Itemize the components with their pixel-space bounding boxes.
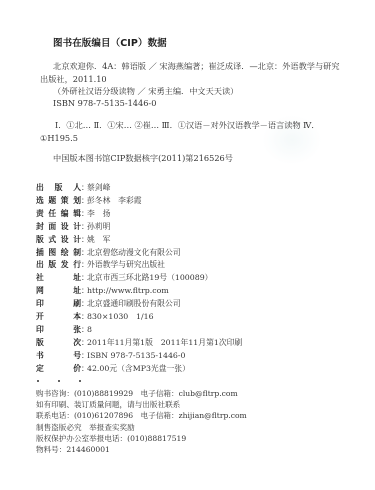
- copyright-office-phone: 版权保护办公室举报电话：(010)88817519: [36, 433, 186, 444]
- imprint-label: 定 价: [36, 363, 81, 375]
- cip-heading: 图书在版编目（CIP）数据: [53, 35, 167, 49]
- imprint-value: 北京盛通印刷股份有限公司: [87, 298, 181, 310]
- cip-line-class-number: ①H195.5: [40, 133, 78, 144]
- imprint-row-address: 社 址：北京市西三环北路19号（100089）: [36, 272, 212, 284]
- contact-quality-notice: 如有印刷、装订质量问题，请与出版社联系: [36, 399, 180, 410]
- imprint-row-publisher: 出 版 人：蔡剑峰: [36, 182, 110, 194]
- imprint-value: 彭冬林 李彩霞: [87, 195, 142, 207]
- imprint-value: 姚 军: [87, 234, 110, 246]
- imprint-label: 责任编辑: [36, 208, 81, 220]
- cip-line-classification: Ⅰ．①北… Ⅱ．①宋… ②崔… Ⅲ．①汉语－对外汉语教学－语言读物 Ⅳ．: [55, 120, 320, 131]
- imprint-row-editor: 责任编辑：李 扬: [36, 208, 110, 220]
- imprint-label: 出 版 人: [36, 182, 81, 194]
- imprint-value: ISBN 978-7-5135-1446-0: [87, 350, 185, 362]
- cip-line-publisher-date: 出版社，2011.10: [40, 74, 107, 85]
- imprint-label: 社 址: [36, 272, 81, 284]
- imprint-value: 李 扬: [87, 208, 110, 220]
- imprint-label: 印 张: [36, 324, 81, 336]
- imprint-label: 版式设计: [36, 234, 81, 246]
- imprint-value: 2011年11月第1版 2011年11月第1次印刷: [87, 337, 242, 349]
- imprint-label: 出版发行: [36, 259, 81, 271]
- imprint-label: 版 次: [36, 337, 81, 349]
- imprint-row-layout-design: 版式设计：姚 军: [36, 234, 110, 246]
- imprint-value: 北京市西三环北路19号（100089）: [87, 272, 212, 284]
- imprint-label: 网 址: [36, 285, 81, 297]
- imprint-row-website: 网 址：http://www.fltrp.com: [36, 285, 169, 297]
- imprint-label: 封面设计: [36, 221, 81, 233]
- imprint-row-printer: 印 刷：北京盛通印刷股份有限公司: [36, 298, 181, 310]
- imprint-label: 开 本: [36, 311, 81, 323]
- imprint-value: 孙莉明: [87, 221, 110, 233]
- cip-line-title: 北京欢迎你．4A：韩语版 ／ 宋海燕编著；崔泛成译．—北京：外语教学与研究: [53, 61, 340, 72]
- imprint-value: 42.00元（含MP3光盘一张）: [87, 363, 190, 375]
- imprint-value: 8: [87, 324, 92, 336]
- contact-quality-phone: 联系电话：(010)61207896 电子信箱：zhijian@fltrp.co…: [36, 410, 247, 421]
- imprint-label: 选题策划: [36, 195, 81, 207]
- imprint-row-edition: 版 次：2011年11月第1版 2011年11月第1次印刷: [36, 337, 242, 349]
- imprint-label: 书 号: [36, 350, 81, 362]
- material-number: 物料号：214460001: [36, 444, 110, 455]
- website-link[interactable]: http://www.fltrp.com: [87, 285, 169, 297]
- cip-line-series: （外研社汉语分级读物 ／ 宋勇主编．中文天天读）: [53, 86, 238, 97]
- copyright-page: 图书在版编目（CIP）数据 北京欢迎你．4A：韩语版 ／ 宋海燕编著；崔泛成译．…: [0, 0, 375, 490]
- imprint-row-format: 开 本：830×1030 1/16: [36, 311, 154, 323]
- imprint-row-distribution: 出版发行：外语教学与研究出版社: [36, 259, 165, 271]
- imprint-row-sheets: 印 张：8: [36, 324, 92, 336]
- imprint-row-planning: 选题策划：彭冬林 李彩霞: [36, 195, 142, 207]
- cip-line-record-number: 中国版本图书馆CIP数据核字(2011)第216526号: [53, 153, 233, 164]
- imprint-label: 印 刷: [36, 298, 81, 310]
- separator-dot: [37, 380, 39, 382]
- separator-dot: [79, 380, 81, 382]
- anti-piracy-notice: 制售盗版必究 举报查实奖励: [36, 422, 135, 433]
- imprint-label: 插图绘制: [36, 247, 81, 259]
- cip-line-isbn: ISBN 978-7-5135-1446-0: [53, 98, 156, 109]
- imprint-value: 外语教学与研究出版社: [87, 259, 165, 271]
- imprint-row-cover-design: 封面设计：孙莉明: [36, 221, 110, 233]
- imprint-row-illustration: 插图绘制：北京碧悠动漫文化有限公司: [36, 247, 181, 259]
- contact-purchase-inquiry: 购书咨询：(010)88819929 电子信箱：club@fltrp.com: [36, 388, 238, 399]
- imprint-value: 蔡剑峰: [87, 182, 110, 194]
- imprint-value: 北京碧悠动漫文化有限公司: [87, 247, 181, 259]
- imprint-value: 830×1030 1/16: [87, 311, 154, 323]
- imprint-row-price: 定 价：42.00元（含MP3光盘一张）: [36, 363, 190, 375]
- imprint-row-isbn: 书 号：ISBN 978-7-5135-1446-0: [36, 350, 185, 362]
- separator-dot: [58, 380, 60, 382]
- separator-dots: [36, 377, 156, 385]
